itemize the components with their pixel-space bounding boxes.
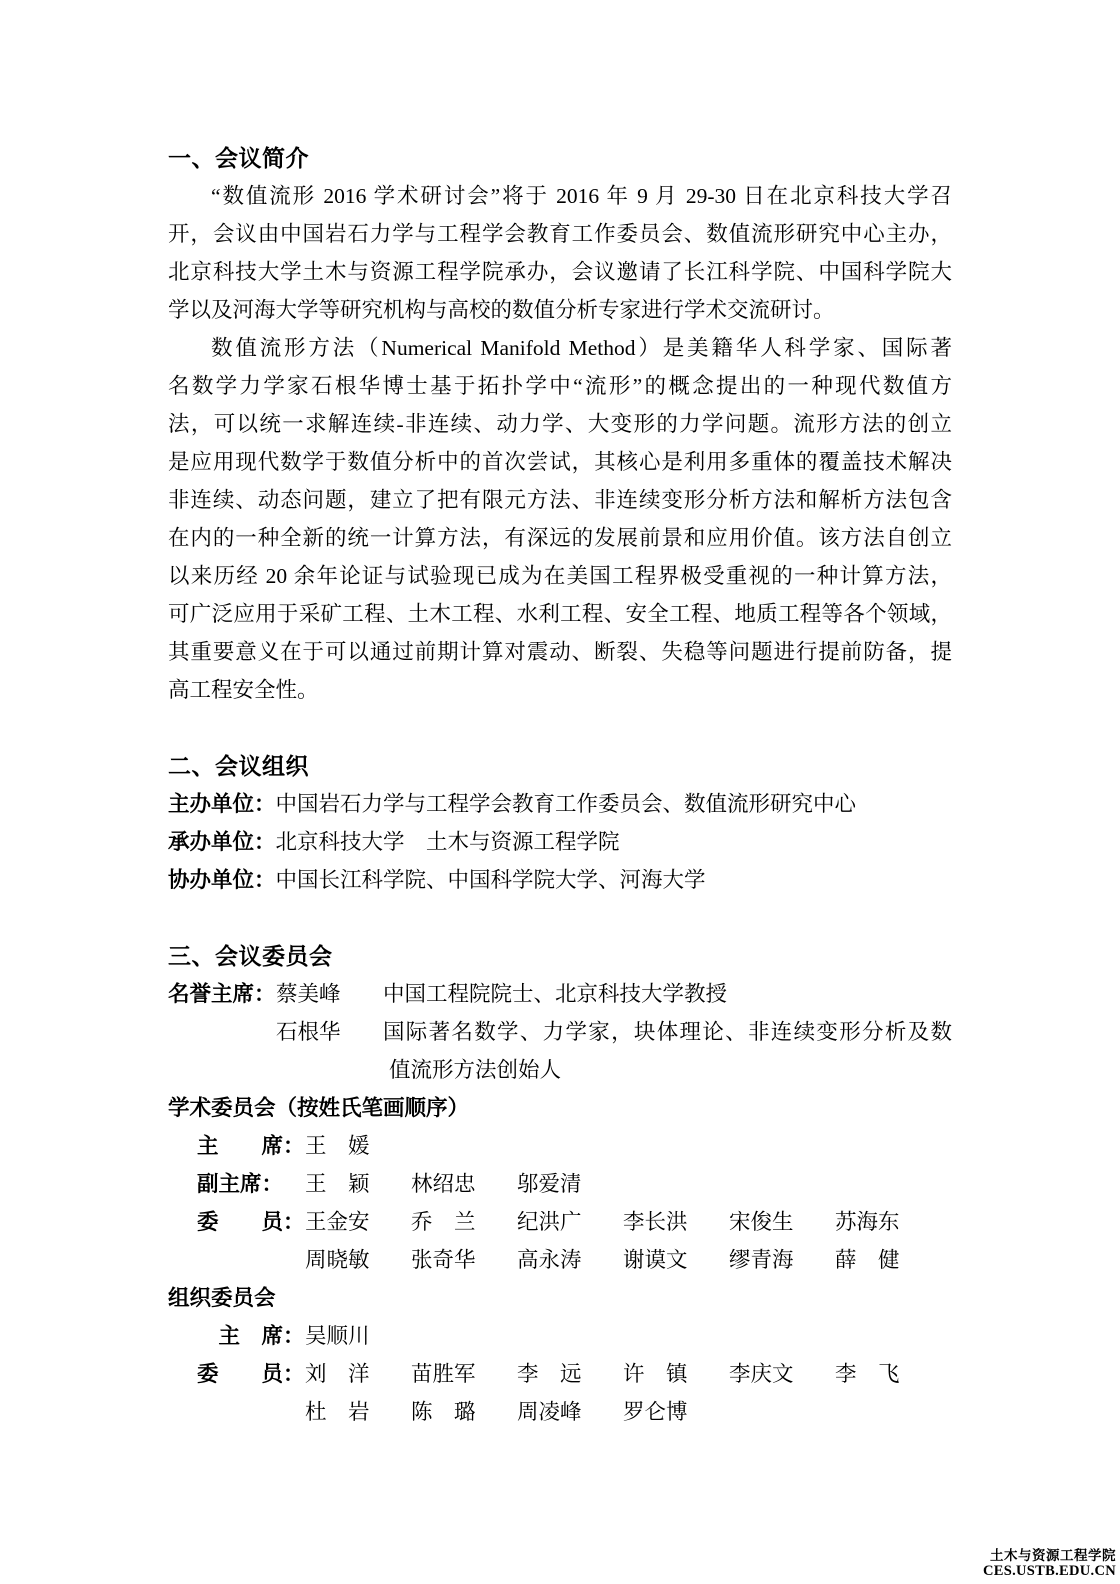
org-undertaker-row: 承办单位：北京科技大学 土木与资源工程学院 xyxy=(168,823,952,861)
para1-line: “数值流形 2016 学术研讨会”将于 2016 年 9 月 29-30 日在北… xyxy=(168,177,952,215)
academic-members-row: 周晓敏 张奇华 高永涛 谢谟文 缪青海 薛 健 xyxy=(168,1241,952,1279)
academic-members-label: 委 员： xyxy=(197,1203,305,1241)
honorary-chair-name: 石根华 xyxy=(276,1013,341,1051)
organizing-members-row: 委 员： 刘 洋 苗胜军 李 远 许 镇 李庆文 李 飞 xyxy=(168,1355,952,1393)
member-name: 邬爱清 xyxy=(517,1165,582,1203)
honorary-chair-row: 名誉主席： 蔡美峰 中国工程院院士、北京科技大学教授 xyxy=(168,975,952,1013)
member-name: 纪洪广 xyxy=(517,1203,582,1241)
org-host-row: 主办单位：中国岩石力学与工程学会教育工作委员会、数值流形研究中心 xyxy=(168,785,952,823)
para2-line: 名数学力学家石根华博士基于拓扑学中“流形”的概念提出的一种现代数值方 xyxy=(168,367,952,405)
honorary-chair-desc-line: 中国工程院院士、北京科技大学教授 xyxy=(383,975,952,1013)
document-content: 一、会议简介 “数值流形 2016 学术研讨会”将于 2016 年 9 月 29… xyxy=(168,139,952,1431)
para2-line: 以来历经 20 余年论证与试验现已成为在美国工程界极受重视的一种计算方法， xyxy=(168,557,952,595)
member-name: 宋俊生 xyxy=(729,1203,794,1241)
organizing-committee-header: 组织委员会 xyxy=(168,1279,952,1317)
organizing-chair-label: 主 席： xyxy=(197,1317,305,1355)
honorary-chair-name: 蔡美峰 xyxy=(276,975,341,1013)
para2-line: 可广泛应用于采矿工程、土木工程、水利工程、安全工程、地质工程等各个领域， xyxy=(168,595,952,633)
academic-committee-header: 学术委员会（按姓氏笔画顺序） xyxy=(168,1089,952,1127)
section-2-heading: 二、会议组织 xyxy=(168,747,952,785)
member-name: 刘 洋 xyxy=(305,1355,370,1393)
academic-vice-chair-row: 副主席： 王 颖 林绍忠 邬爱清 xyxy=(168,1165,952,1203)
member-name: 吴顺川 xyxy=(305,1317,370,1355)
member-name: 薛 健 xyxy=(835,1241,900,1279)
member-name: 王金安 xyxy=(305,1203,370,1241)
member-name: 李长洪 xyxy=(623,1203,688,1241)
organizing-members-row: 杜 岩 陈 璐 周凌峰 罗仑博 xyxy=(168,1393,952,1431)
member-name: 高永涛 xyxy=(517,1241,582,1279)
name-slots: 刘 洋 苗胜军 李 远 许 镇 李庆文 李 飞 xyxy=(305,1355,900,1393)
member-name: 罗仑博 xyxy=(623,1393,688,1431)
member-name: 周晓敏 xyxy=(305,1241,370,1279)
member-name: 乔 兰 xyxy=(411,1203,476,1241)
name-slots: 王 媛 xyxy=(305,1127,370,1165)
watermark-college: 土木与资源工程学院 xyxy=(983,1548,1116,1563)
member-name: 李 飞 xyxy=(835,1355,900,1393)
blank-line xyxy=(168,899,952,937)
member-name: 王 媛 xyxy=(305,1127,370,1165)
organizing-members-label: 委 员： xyxy=(197,1355,305,1393)
org-coorganizer-row: 协办单位：中国长江科学院、中国科学院大学、河海大学 xyxy=(168,861,952,899)
section-3-heading: 三、会议委员会 xyxy=(168,937,952,975)
member-name: 林绍忠 xyxy=(411,1165,476,1203)
name-slots: 王金安 乔 兰 纪洪广 李长洪 宋俊生 苏海东 xyxy=(305,1203,900,1241)
org-undertaker-value: 北京科技大学 土木与资源工程学院 xyxy=(276,830,620,854)
org-host-value: 中国岩石力学与工程学会教育工作委员会、数值流形研究中心 xyxy=(276,792,857,816)
member-name: 陈 璐 xyxy=(411,1393,476,1431)
para1-line: 学以及河海大学等研究机构与高校的数值分析专家进行学术交流研讨。 xyxy=(168,291,952,329)
member-name: 王 颖 xyxy=(305,1165,370,1203)
name-slots: 王 颖 林绍忠 邬爱清 xyxy=(305,1165,582,1203)
honorary-chair-desc-line: 值流形方法创始人 xyxy=(383,1051,952,1089)
member-name: 苏海东 xyxy=(835,1203,900,1241)
honorary-chair-desc: 国际著名数学、力学家，块体理论、非连续变形分析及数 值流形方法创始人 xyxy=(383,1013,952,1089)
member-name: 周凌峰 xyxy=(517,1393,582,1431)
academic-members-row: 委 员： 王金安 乔 兰 纪洪广 李长洪 宋俊生 苏海东 xyxy=(168,1203,952,1241)
member-name: 缪青海 xyxy=(729,1241,794,1279)
label-spacer xyxy=(168,1013,276,1051)
member-name: 谢谟文 xyxy=(623,1241,688,1279)
para2-line: 非连续、动态问题，建立了把有限元方法、非连续变形分析方法和解析方法包含 xyxy=(168,481,952,519)
member-name: 许 镇 xyxy=(623,1355,688,1393)
academic-chair-label: 主 席： xyxy=(197,1127,305,1165)
org-undertaker-label: 承办单位： xyxy=(168,830,276,854)
member-name: 李庆文 xyxy=(729,1355,794,1393)
member-name: 李 远 xyxy=(517,1355,582,1393)
name-slots: 周晓敏 张奇华 高永涛 谢谟文 缪青海 薛 健 xyxy=(305,1241,900,1279)
member-name: 杜 岩 xyxy=(305,1393,370,1431)
para2-line: 在内的一种全新的统一计算方法，有深远的发展前景和应用价值。该方法自创立 xyxy=(168,519,952,557)
member-name: 张奇华 xyxy=(411,1241,476,1279)
para2-line: 其重要意义在于可以通过前期计算对震动、断裂、失稳等问题进行提前防备，提 xyxy=(168,633,952,671)
org-coorganizer-label: 协办单位： xyxy=(168,868,276,892)
section-1-heading: 一、会议简介 xyxy=(168,139,952,177)
watermark: 土木与资源工程学院 CES.USTB.EDU.CN xyxy=(983,1548,1116,1579)
para1-line: 北京科技大学土木与资源工程学院承办，会议邀请了长江科学院、中国科学院大 xyxy=(168,253,952,291)
label-spacer xyxy=(197,1393,305,1431)
para1-line: 开，会议由中国岩石力学与工程学会教育工作委员会、数值流形研究中心主办， xyxy=(168,215,952,253)
organizing-chair-row: 主 席： 吴顺川 xyxy=(168,1317,952,1355)
para2-line: 法，可以统一求解连续-非连续、动力学、大变形的力学问题。流形方法的创立 xyxy=(168,405,952,443)
honorary-chair-label: 名誉主席： xyxy=(168,975,276,1013)
honorary-chair-row: 石根华 国际著名数学、力学家，块体理论、非连续变形分析及数 值流形方法创始人 xyxy=(168,1013,952,1089)
academic-vice-chair-label: 副主席： xyxy=(197,1165,305,1203)
para2-line: 数值流形方法（Numerical Manifold Method）是美籍华人科学… xyxy=(168,329,952,367)
member-name: 苗胜军 xyxy=(411,1355,476,1393)
org-host-label: 主办单位： xyxy=(168,792,276,816)
academic-chair-row: 主 席： 王 媛 xyxy=(168,1127,952,1165)
para2-line: 高工程安全性。 xyxy=(168,671,952,709)
honorary-chair-desc: 中国工程院院士、北京科技大学教授 xyxy=(383,975,952,1013)
org-coorganizer-value: 中国长江科学院、中国科学院大学、河海大学 xyxy=(276,868,706,892)
name-slots: 吴顺川 xyxy=(305,1317,370,1355)
document-page: 一、会议简介 “数值流形 2016 学术研讨会”将于 2016 年 9 月 29… xyxy=(0,0,1120,1584)
blank-line xyxy=(168,709,952,747)
watermark-site: CES.USTB.EDU.CN xyxy=(983,1563,1116,1579)
name-slots: 杜 岩 陈 璐 周凌峰 罗仑博 xyxy=(305,1393,688,1431)
para2-line: 是应用现代数学于数值分析中的首次尝试，其核心是利用多重体的覆盖技术解决 xyxy=(168,443,952,481)
honorary-chair-desc-line: 国际著名数学、力学家，块体理论、非连续变形分析及数 xyxy=(383,1013,952,1051)
label-spacer xyxy=(197,1241,305,1279)
